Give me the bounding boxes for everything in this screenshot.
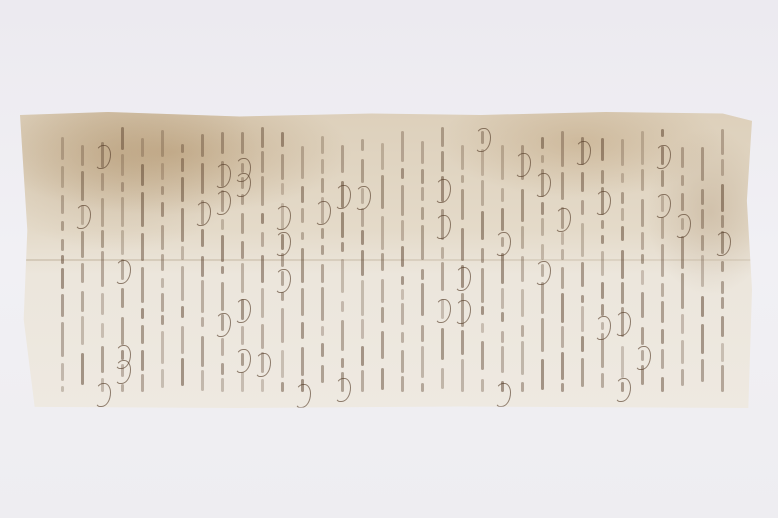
ink-stroke [261,288,264,318]
handwriting-column [140,122,146,398]
ink-stroke [321,287,324,320]
ink-stroke [461,330,464,354]
ink-flourish [115,260,131,284]
ink-stroke [321,245,324,255]
ink-stroke [461,145,464,170]
ink-stroke [441,151,444,172]
ink-stroke [561,131,564,167]
ink-stroke [361,319,364,339]
handwriting-column [460,122,466,398]
ink-stroke [281,132,284,147]
ink-stroke [61,294,64,317]
ink-stroke [321,136,324,155]
ink-stroke [381,143,384,170]
ink-stroke [721,261,724,272]
ink-stroke [61,255,64,264]
ink-stroke [641,199,644,227]
ink-flourish [655,145,671,169]
ink-flourish [235,299,251,323]
ink-stroke [261,379,264,392]
ink-stroke [461,175,464,184]
handwriting-column [480,122,486,398]
ink-stroke [561,293,564,323]
ink-stroke [61,221,64,231]
ink-stroke [201,256,204,277]
ink-stroke [641,327,644,345]
ink-stroke [221,378,224,392]
ink-stroke [361,208,364,227]
ink-stroke [521,256,524,282]
ink-stroke [321,326,324,336]
ink-stroke [61,239,64,251]
handwriting-column [280,122,286,398]
ink-stroke [221,282,224,311]
ink-stroke [61,363,64,380]
ink-stroke [601,304,604,316]
ink-stroke [661,283,664,297]
ink-stroke [541,137,544,149]
ink-stroke [181,358,184,386]
ink-stroke [161,163,164,180]
ink-stroke [641,169,644,191]
ink-stroke [121,317,124,345]
ink-stroke [141,192,144,227]
ink-stroke [661,217,664,239]
ink-stroke [241,263,244,293]
ink-stroke [141,138,144,158]
ink-stroke [281,350,284,378]
ink-stroke [321,365,324,383]
ink-stroke [501,145,504,180]
ink-stroke [341,320,344,350]
ink-stroke [181,158,184,172]
ink-stroke [721,365,724,392]
ink-stroke [181,266,184,301]
ink-stroke [81,171,84,200]
ink-stroke [721,316,724,338]
ink-stroke [161,293,164,312]
ink-stroke [101,173,104,191]
ink-flourish [335,378,351,402]
ink-stroke [661,244,664,277]
ink-stroke [281,382,284,392]
handwriting-column [260,122,266,398]
ink-stroke [221,132,224,155]
ink-flourish [115,360,131,384]
ink-stroke [61,195,64,215]
ink-stroke [721,129,724,155]
ink-stroke [241,213,244,234]
handwriting-column [420,122,426,398]
ink-stroke [301,232,304,240]
ink-stroke [601,282,604,299]
handwriting-column [60,122,66,398]
ink-flourish [275,269,291,293]
ink-stroke [541,218,544,236]
ink-stroke [201,163,204,194]
ink-stroke [481,149,484,176]
ink-stroke [401,168,404,179]
ink-stroke [321,159,324,174]
ink-flourish [615,312,631,336]
handwriting-column [720,122,726,398]
ink-stroke [301,248,304,284]
ink-stroke [581,200,584,215]
ink-stroke [581,306,584,332]
ink-stroke [661,329,664,344]
ink-stroke [381,216,384,250]
ink-stroke [401,246,404,267]
ink-stroke [541,202,544,215]
ink-stroke [701,324,704,354]
ink-stroke [401,332,404,343]
ink-stroke [141,374,144,392]
ink-stroke [301,322,304,338]
handwriting-column [360,122,366,398]
ink-stroke [101,230,104,248]
handwriting-column [400,122,406,398]
ink-stroke [641,232,644,250]
ink-stroke [681,175,684,185]
ink-stroke [181,246,184,260]
ink-stroke [601,170,604,183]
ink-flourish [495,232,511,256]
ink-stroke [241,194,244,205]
ink-stroke [681,193,684,211]
ink-stroke [421,187,424,201]
ink-stroke [141,325,144,344]
ink-stroke [481,268,484,303]
ink-stroke [581,172,584,192]
ink-stroke [301,347,304,376]
ink-stroke [701,235,704,250]
ink-stroke [661,349,664,369]
ink-stroke [401,350,404,373]
ink-stroke [461,359,464,392]
ink-stroke [541,155,544,163]
ink-stroke [661,170,664,187]
ink-stroke [241,132,244,154]
ink-stroke [141,267,144,303]
ink-stroke [261,213,264,223]
ink-stroke [601,138,604,161]
ink-stroke [561,232,564,245]
ink-stroke [601,251,604,276]
ink-stroke [181,326,184,354]
ink-stroke [621,282,624,303]
ink-stroke [321,264,324,283]
ink-flourish [355,186,371,210]
ink-stroke [601,220,604,230]
ink-stroke [481,306,484,315]
ink-flourish [715,232,731,256]
ink-stroke [321,228,324,239]
ink-stroke [521,226,524,248]
ink-stroke [441,368,444,389]
ink-stroke [281,292,284,301]
handwriting-column [440,122,446,398]
ink-stroke [361,370,364,392]
ink-stroke [261,127,264,148]
ink-stroke [561,172,564,200]
ink-stroke [421,225,424,261]
handwriting-column [640,122,646,398]
handwriting-column [560,122,566,398]
ink-stroke [161,202,164,217]
ink-stroke [561,267,564,289]
ink-stroke [281,253,284,267]
ink-stroke [501,208,504,231]
ink-stroke [81,145,84,166]
ink-stroke [701,147,704,181]
ink-stroke [661,129,664,138]
ink-flourish [495,383,511,407]
ink-stroke [261,255,264,282]
ink-stroke [181,306,184,318]
ink-stroke [721,343,724,362]
ink-stroke [521,289,524,317]
ink-stroke [181,177,184,203]
ink-stroke [201,370,204,391]
ink-stroke [701,209,704,229]
handwriting-column [620,122,626,398]
ink-stroke [161,130,164,157]
ink-stroke [341,301,344,313]
ink-stroke [401,289,404,300]
ink-stroke [361,139,364,150]
ink-stroke [481,180,484,207]
ink-stroke [81,353,84,385]
ink-stroke [261,232,264,246]
ink-stroke [521,325,524,337]
ink-stroke [701,296,704,317]
ink-stroke [561,352,564,380]
ink-stroke [481,323,484,334]
ink-stroke [401,131,404,163]
ink-stroke [461,189,464,220]
ink-stroke [521,341,524,374]
ink-stroke [641,270,644,285]
ink-stroke [441,127,444,147]
ink-stroke [641,131,644,165]
ink-stroke [341,212,344,238]
ink-stroke [401,276,404,285]
handwriting-column [660,122,666,398]
ink-stroke [381,368,384,390]
ink-stroke [121,384,124,392]
ink-stroke [281,154,284,180]
ink-stroke [621,250,624,279]
ink-stroke [621,346,624,378]
ink-stroke [201,336,204,367]
ink-stroke [421,383,424,392]
ink-stroke [361,159,364,183]
ink-stroke [321,178,324,194]
handwriting-column [680,122,686,398]
ink-stroke [341,242,344,252]
ink-stroke [721,297,724,309]
ink-stroke [261,176,264,206]
ink-stroke [301,186,304,202]
ink-stroke [221,219,224,230]
handwriting-column [220,122,226,398]
ink-stroke [581,223,584,257]
ink-stroke [541,244,544,260]
handwriting-column [320,122,326,398]
handwriting-column [340,122,346,398]
ink-stroke [681,273,684,308]
ink-stroke [521,189,524,222]
ink-stroke [221,363,224,375]
ink-stroke [381,253,384,271]
ink-stroke [301,288,304,316]
ink-stroke [441,247,444,259]
ink-stroke [81,263,84,283]
ink-flourish [475,128,491,152]
ink-stroke [161,369,164,388]
handwriting-column [300,122,306,398]
ink-stroke [481,211,484,239]
ink-stroke [401,185,404,216]
ink-stroke [301,146,304,179]
ink-stroke [141,164,144,186]
ink-stroke [381,307,384,323]
ink-stroke [101,346,104,374]
ink-flourish [655,194,671,218]
ink-stroke [501,253,504,284]
ink-stroke [341,358,344,369]
ink-stroke [201,280,204,313]
ink-stroke [301,208,304,223]
ink-stroke [621,173,624,183]
ink-stroke [581,295,584,303]
ink-stroke [501,188,504,202]
ink-stroke [61,137,64,161]
handwriting-column [100,122,106,398]
ink-stroke [361,230,364,244]
ink-stroke [621,192,624,204]
ink-stroke [641,292,644,318]
ink-stroke [541,282,544,314]
ink-flourish [455,300,471,324]
ink-stroke [121,230,124,255]
ink-stroke [161,186,164,195]
ink-flourish [515,153,531,177]
ink-stroke [221,266,224,274]
ink-stroke [101,293,104,314]
ink-stroke [481,379,484,392]
ink-stroke [721,184,724,212]
handwriting-column [600,122,606,398]
ink-flourish [535,173,551,197]
ink-stroke [401,220,404,240]
ink-stroke [81,231,84,258]
ink-stroke [141,233,144,261]
ink-stroke [661,301,664,323]
ink-flourish [595,191,611,215]
ink-stroke [121,197,124,227]
ink-stroke [421,169,424,184]
ink-stroke [561,326,564,347]
handwriting-column [700,122,706,398]
ink-stroke [601,373,604,388]
ink-stroke [61,166,64,188]
ink-flourish [215,313,231,337]
ink-flourish [95,383,111,407]
ink-stroke [141,308,144,318]
ink-flourish [555,208,571,232]
ink-flourish [435,215,451,239]
ink-stroke [381,175,384,209]
ink-stroke [281,183,284,195]
ink-stroke [61,386,64,392]
ink-stroke [121,127,124,150]
ink-stroke [61,268,64,288]
handwriting-column [80,122,86,398]
ink-stroke [501,346,504,373]
ink-stroke [561,249,564,260]
ink-stroke [101,323,104,338]
handwriting-column [500,122,506,398]
ink-stroke [581,262,584,288]
ink-stroke [161,315,164,325]
ink-stroke [61,322,64,358]
ink-flourish [235,349,251,373]
ink-stroke [641,365,644,385]
ink-flourish [295,384,311,408]
handwriting-column [380,122,386,398]
ink-stroke [261,324,264,349]
ink-stroke [601,235,604,244]
ink-stroke [381,331,384,360]
ink-flourish [435,179,451,203]
ink-flourish [575,141,591,165]
ink-stroke [201,134,204,158]
handwriting-column [580,122,586,398]
ink-stroke [521,382,524,392]
ink-flourish [315,201,331,225]
ink-stroke [281,308,284,343]
ink-stroke [401,303,404,324]
ink-stroke [121,154,124,176]
ink-stroke [81,316,84,345]
ink-stroke [381,279,384,303]
ink-stroke [261,151,264,173]
ink-stroke [501,312,504,322]
ink-stroke [701,255,704,288]
handwriting-column [520,122,526,398]
ink-stroke [361,250,364,276]
ink-stroke [341,259,344,293]
ink-stroke [681,369,684,387]
ink-stroke [561,383,564,392]
ink-stroke [601,333,604,368]
ink-stroke [581,358,584,387]
ink-stroke [101,198,104,227]
ink-stroke [721,281,724,294]
ink-flourish [435,299,451,323]
ink-stroke [481,341,484,370]
ink-stroke [421,325,424,343]
ink-stroke [681,147,684,169]
ink-stroke [181,208,184,242]
ink-stroke [201,317,204,326]
ink-stroke [701,189,704,205]
ink-stroke [501,331,504,343]
ink-stroke [221,235,224,262]
handwriting-column [200,122,206,398]
ink-stroke [621,139,624,165]
